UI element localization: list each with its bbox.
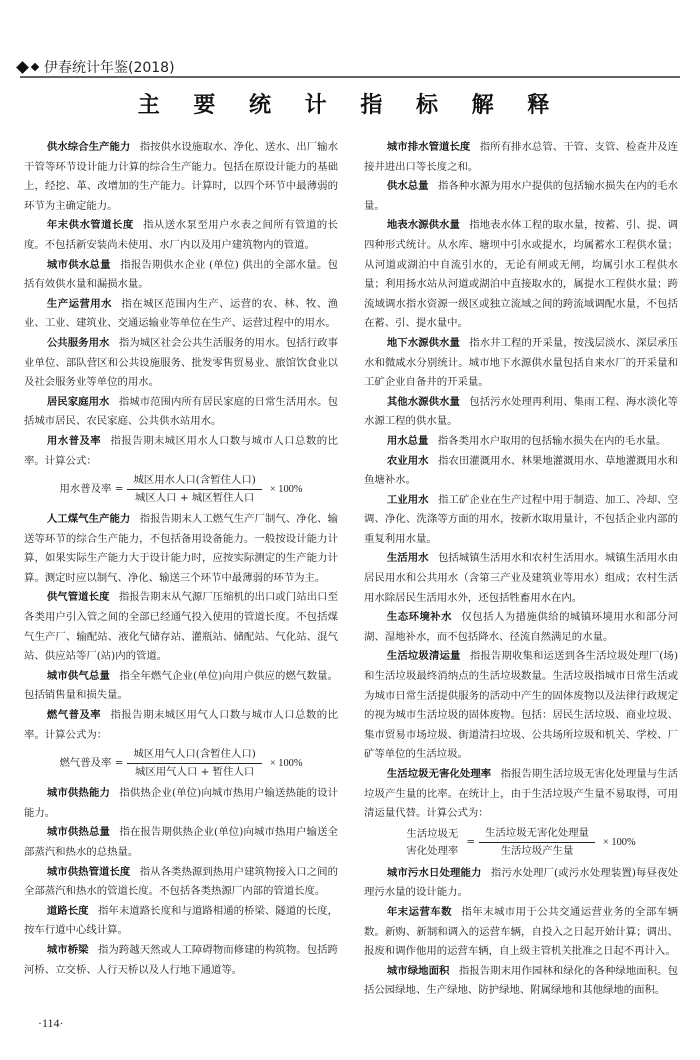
definition-entry: 生活垃圾无害化处理率指报告期生活垃圾无害化处理量与生活垃圾产生量的比率。在统计上… (364, 765, 678, 824)
formula-fraction: 生活垃圾无害化处理量 生活垃圾产生量 (479, 826, 595, 859)
definition-entry: 供气管道长度指报告期末从气源厂压缩机的出口或门站出口至各类用户引入管之间的全部已… (24, 588, 338, 666)
term: 生活垃圾清运量 (387, 650, 461, 662)
definition-entry: 供水综合生产能力指按供水设施取水、净化、送水、出厂输水干管等环节设计能力计算的综… (24, 138, 338, 216)
term: 年末运营车数 (387, 906, 452, 918)
term: 生活垃圾无害化处理率 (387, 768, 491, 780)
term: 供气管道长度 (47, 591, 110, 603)
definition-entry: 居民家庭用水指城市范围内所有居民家庭的日常生活用水。包括城市居民、农民家庭、公共… (24, 393, 338, 432)
formula-multiplier: × 100% (270, 754, 303, 774)
definition-entry: 生态环境补水仅包括人为措施供给的城镇环境用水和部分河湖、湿地补水，而不包括降水、… (364, 608, 678, 647)
formula-water-coverage: 用水普及率 = 城区用水人口(含暂住人口) 城区人口 + 城区暂住人口 × 10… (24, 473, 338, 506)
formula-fraction: 城区用水人口(含暂住人口) 城区人口 + 城区暂住人口 (127, 473, 261, 506)
term: 用水总量 (387, 435, 429, 447)
definition-entry: 地表水源供水量指地表水体工程的取水量，按蓄、引、提、调四种形式统计。从水库、塘坝… (364, 216, 678, 334)
term: 地下水源供水量 (387, 337, 460, 349)
formula-lhs-line2: 害化处理率 (406, 843, 458, 860)
term: 地表水源供水量 (387, 219, 460, 231)
formula-lhs-line1: 生活垃圾无 (406, 826, 458, 843)
running-header: 伊春统计年鉴(2018) (18, 56, 678, 78)
formula-gas-coverage: 燃气普及率 = 城区用气人口(含暂住人口) 城区用气人口 + 暂住人口 × 10… (24, 747, 338, 780)
definition-entry: 生活垃圾清运量指报告期收集和运送到各生活垃圾处理厂(场)和生活垃圾最终消纳点的生… (364, 647, 678, 765)
definition-entry: 城市供水总量指报告期供水企业 (单位) 供出的全部水量。包括有效供水量和漏损水量… (24, 256, 338, 295)
left-column: 供水综合生产能力指按供水设施取水、净化、送水、出厂输水干管等环节设计能力计算的综… (24, 138, 338, 980)
formula-numerator: 城区用水人口(含暂住人口) (127, 473, 261, 490)
right-column: 城市排水管道长度指所有排水总管、干管、支管、检查井及连接井进出口等长度之和。 供… (364, 138, 678, 1001)
formula-multiplier: × 100% (603, 833, 636, 853)
formula-lhs: 生活垃圾无 害化处理率 (406, 826, 458, 860)
term: 其他水源供水量 (387, 396, 460, 408)
term: 年末供水管道长度 (47, 219, 134, 231)
header-rule (20, 76, 680, 78)
term: 用水普及率 (47, 435, 101, 447)
term: 居民家庭用水 (47, 396, 110, 408)
definition-entry: 生活用水包括城镇生活用水和农村生活用水。城镇生活用水由居民用水和公共用水（含第三… (364, 549, 678, 608)
term: 城市供热能力 (47, 787, 110, 799)
formula-lhs: 用水普及率 = (59, 480, 123, 500)
definition-entry: 城市污水日处理能力指污水处理厂(或污水处理装置)每昼夜处理污水量的设计能力。 (364, 864, 678, 903)
definition-entry: 燃气普及率指报告期末城区用气人口数与城市人口总数的比率。计算公式为： (24, 706, 338, 745)
term: 城市绿地面积 (387, 965, 450, 977)
page-title: 主 要 统 计 指 标 解 释 (0, 88, 700, 119)
term: 人工煤气生产能力 (47, 513, 131, 525)
formula-numerator: 城区用气人口(含暂住人口) (127, 747, 261, 764)
page-number: ·114· (38, 1016, 64, 1031)
definition-entry: 年末供水管道长度指从送水泵至用户水表之间所有管道的长度。不包括新安装尚未使用、水… (24, 216, 338, 255)
term: 工业用水 (387, 494, 429, 506)
term: 城市供热管道长度 (47, 866, 131, 878)
definition: 指报告期收集和运送到各生活垃圾处理厂(场)和生活垃圾最终消纳点的生活垃圾数量。生… (364, 650, 678, 760)
definition-entry: 工业用水指工矿企业在生产过程中用于制造、加工、冷却、空调、净化、洗涤等方面的用水… (364, 491, 678, 550)
definition-entry: 城市供气总量指全年燃气企业(单位)向用户供应的燃气数量。包括销售量和损失量。 (24, 667, 338, 706)
term: 城市供热总量 (47, 826, 110, 838)
formula-fraction: 城区用气人口(含暂住人口) 城区用气人口 + 暂住人口 (127, 747, 261, 780)
term: 燃气普及率 (47, 709, 101, 721)
term: 城市供水总量 (47, 259, 111, 271)
definition-entry: 城市供热能力指供热企业(单位)向城市热用户输送热能的设计能力。 (24, 784, 338, 823)
term: 生产运营用水 (47, 298, 112, 310)
definition-entry: 城市排水管道长度指所有排水总管、干管、支管、检查井及连接井进出口等长度之和。 (364, 138, 678, 177)
term: 公共服务用水 (47, 337, 110, 349)
formula-garbage-treatment-rate: 生活垃圾无 害化处理率 = 生活垃圾无害化处理量 生活垃圾产生量 × 100% (364, 826, 678, 860)
term: 道路长度 (47, 905, 89, 917)
definition-entry: 其他水源供水量包括污水处理再利用、集雨工程、海水淡化等水源工程的供水量。 (364, 393, 678, 432)
definition-entry: 道路长度指年末道路长度和与道路相通的桥梁、隧道的长度，按车行道中心线计算。 (24, 902, 338, 941)
term: 生活用水 (387, 552, 429, 564)
definition-entry: 城市供热总量指在报告期供热企业(单位)向城市热用户输送全部蒸汽和热水的总热量。 (24, 823, 338, 862)
definition-entry: 生产运营用水指在城区范围内生产、运营的农、林、牧、渔业、工业、建筑业、交通运输业… (24, 295, 338, 334)
definition-entry: 公共服务用水指为城区社会公共生活服务的用水。包括行政事业单位、部队营区和公共设施… (24, 334, 338, 393)
term: 生态环境补水 (387, 611, 452, 623)
formula-multiplier: × 100% (270, 480, 303, 500)
definition-entry: 人工煤气生产能力指报告期末人工燃气生产厂制气、净化、输送等环节的综合生产能力，不… (24, 510, 338, 588)
definition-entry: 用水总量指各类用水户取用的包括输水损失在内的毛水量。 (364, 432, 678, 452)
term: 供水总量 (387, 180, 429, 192)
formula-numerator: 生活垃圾无害化处理量 (479, 826, 595, 843)
definition-entry: 城市绿地面积指报告期末用作园林和绿化的各种绿地面积。包括公园绿地、生产绿地、防护… (364, 962, 678, 1001)
term: 城市污水日处理能力 (387, 867, 482, 879)
definition-entry: 城市供热管道长度指从各类热源到热用户建筑物接入口之间的全部蒸汽和热水的管道长度。… (24, 863, 338, 902)
term: 城市供气总量 (47, 670, 110, 682)
definition-entry: 供水总量指各种水源为用水户提供的包括输水损失在内的毛水量。 (364, 177, 678, 216)
formula-denominator: 城区人口 + 城区暂住人口 (129, 490, 260, 506)
formula-denominator: 城区用气人口 + 暂住人口 (129, 764, 260, 780)
running-title: 伊春统计年鉴(2018) (44, 57, 175, 77)
definition-entry: 年末运营车数指年末城市用于公共交通运营业务的全部车辆数。新购、新制和调入的运营车… (364, 903, 678, 962)
double-diamond-icon (18, 63, 38, 72)
term: 城市桥梁 (47, 944, 89, 956)
formula-denominator: 生活垃圾产生量 (495, 843, 580, 859)
definition-entry: 地下水源供水量指水井工程的开采量，按浅层淡水、深层承压水和微咸水分别统计。城市地… (364, 334, 678, 393)
term: 农业用水 (387, 455, 429, 467)
formula-equals: = (466, 833, 475, 853)
definition-entry: 城市桥梁指为跨越天然或人工障碍物而修建的构筑物。包括跨河桥、立交桥、人行天桥以及… (24, 941, 338, 980)
definition: 指地表水体工程的取水量，按蓄、引、提、调四种形式统计。从水库、塘坝中引水或提水，… (364, 219, 678, 329)
formula-lhs: 燃气普及率 = (59, 754, 123, 774)
definition-entry: 农业用水指农田灌溉用水、林果地灌溉用水、草地灌溉用水和鱼塘补水。 (364, 452, 678, 491)
term: 供水综合生产能力 (47, 141, 131, 153)
definition: 指各类用水户取用的包括输水损失在内的毛水量。 (438, 435, 667, 447)
term: 城市排水管道长度 (387, 141, 471, 153)
definition-entry: 用水普及率指报告期末城区用水人口数与城市人口总数的比率。计算公式： (24, 432, 338, 471)
